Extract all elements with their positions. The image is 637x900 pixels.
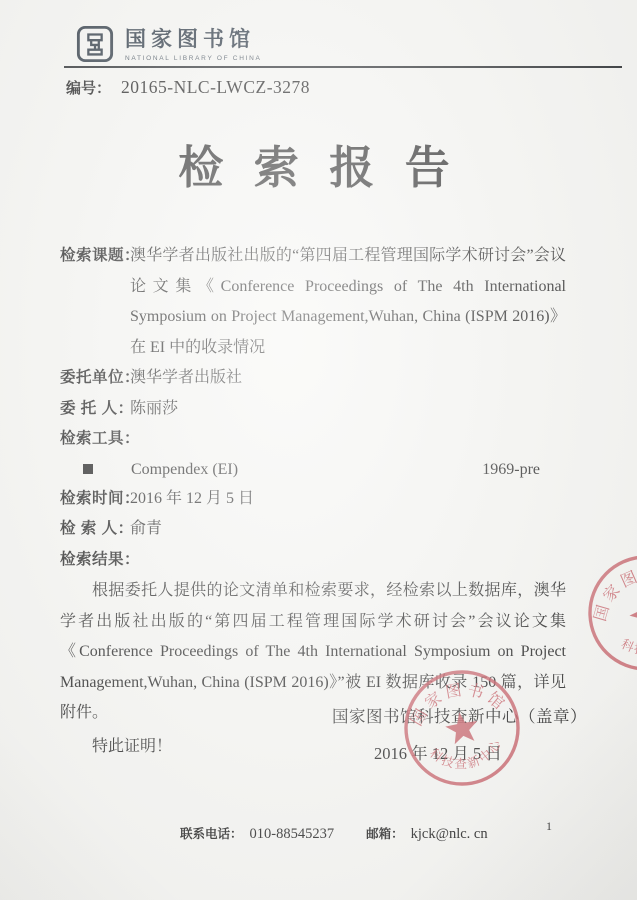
topic-label: 检索课题： (60, 241, 130, 272)
client-org-label: 委托单位： (60, 363, 130, 394)
report-number-row: 编号： 20165-NLC-LWCZ-3278 (66, 77, 310, 98)
page-title: 检 索 报 告 (0, 131, 637, 196)
email-label: 邮箱： (366, 824, 404, 842)
page-number: 1 (546, 819, 552, 834)
field-client-org: 委托单位： 澳华学者出版社 (60, 363, 566, 394)
field-result: 检索结果： (60, 545, 566, 576)
footer-contact: 联系电话： 010-88545237 邮箱： kjck@nlc. cn (180, 824, 488, 843)
header-divider (64, 66, 622, 68)
email-value: kjck@nlc. cn (411, 826, 488, 843)
time-label: 检索时间： (60, 484, 130, 515)
searcher-label: 检 索 人： (60, 514, 130, 545)
field-client-person: 委 托 人： 陈丽莎 (60, 394, 566, 425)
phone-label: 联系电话： (180, 824, 243, 842)
field-time: 检索时间： 2016 年 12 月 5 日 (60, 484, 566, 515)
client-person-label: 委 托 人： (60, 394, 130, 425)
field-searcher: 检 索 人： 俞青 (60, 514, 566, 545)
document-header: 国家图书馆 NATIONAL LIBRARY OF CHINA (76, 25, 262, 63)
phone-value: 010-88545237 (250, 826, 335, 843)
report-number-value: 20165-NLC-LWCZ-3278 (121, 77, 310, 98)
database-bullet-icon (83, 464, 93, 474)
client-org-value: 澳华学者出版社 (130, 363, 566, 394)
org-name-block: 国家图书馆 NATIONAL LIBRARY OF CHINA (125, 25, 262, 62)
field-topic: 检索课题： 澳华学者出版社出版的“第四届工程管理国际学术研讨会”会议论文集《Co… (60, 241, 566, 363)
stamp-star-icon (443, 709, 480, 745)
official-round-stamp-edge (567, 534, 637, 692)
nlc-seal-logo-icon (76, 25, 114, 63)
scanned-report-page: 国家图书馆 NATIONAL LIBRARY OF CHINA 编号： 2016… (0, 0, 637, 900)
tool-coverage: 1969-pre (482, 455, 540, 484)
searcher-value: 俞青 (130, 514, 566, 545)
report-number-label: 编号： (66, 77, 111, 98)
result-label: 检索结果： (60, 545, 130, 576)
field-tools: 检索工具： (60, 424, 566, 455)
org-name-cn: 国家图书馆 (125, 28, 262, 51)
topic-value: 澳华学者出版社出版的“第四届工程管理国际学术研讨会”会议论文集《Conferen… (130, 241, 566, 363)
tool-row: Compendex (EI) 1969-pre (60, 455, 566, 484)
tools-label: 检索工具： (60, 424, 130, 455)
official-round-stamp: 国家图书馆 科技查新中心 (392, 658, 531, 797)
tool-name: Compendex (EI) (131, 455, 238, 484)
client-person-value: 陈丽莎 (130, 394, 566, 425)
org-name-en: NATIONAL LIBRARY OF CHINA (125, 55, 262, 62)
time-value: 2016 年 12 月 5 日 (130, 484, 566, 515)
